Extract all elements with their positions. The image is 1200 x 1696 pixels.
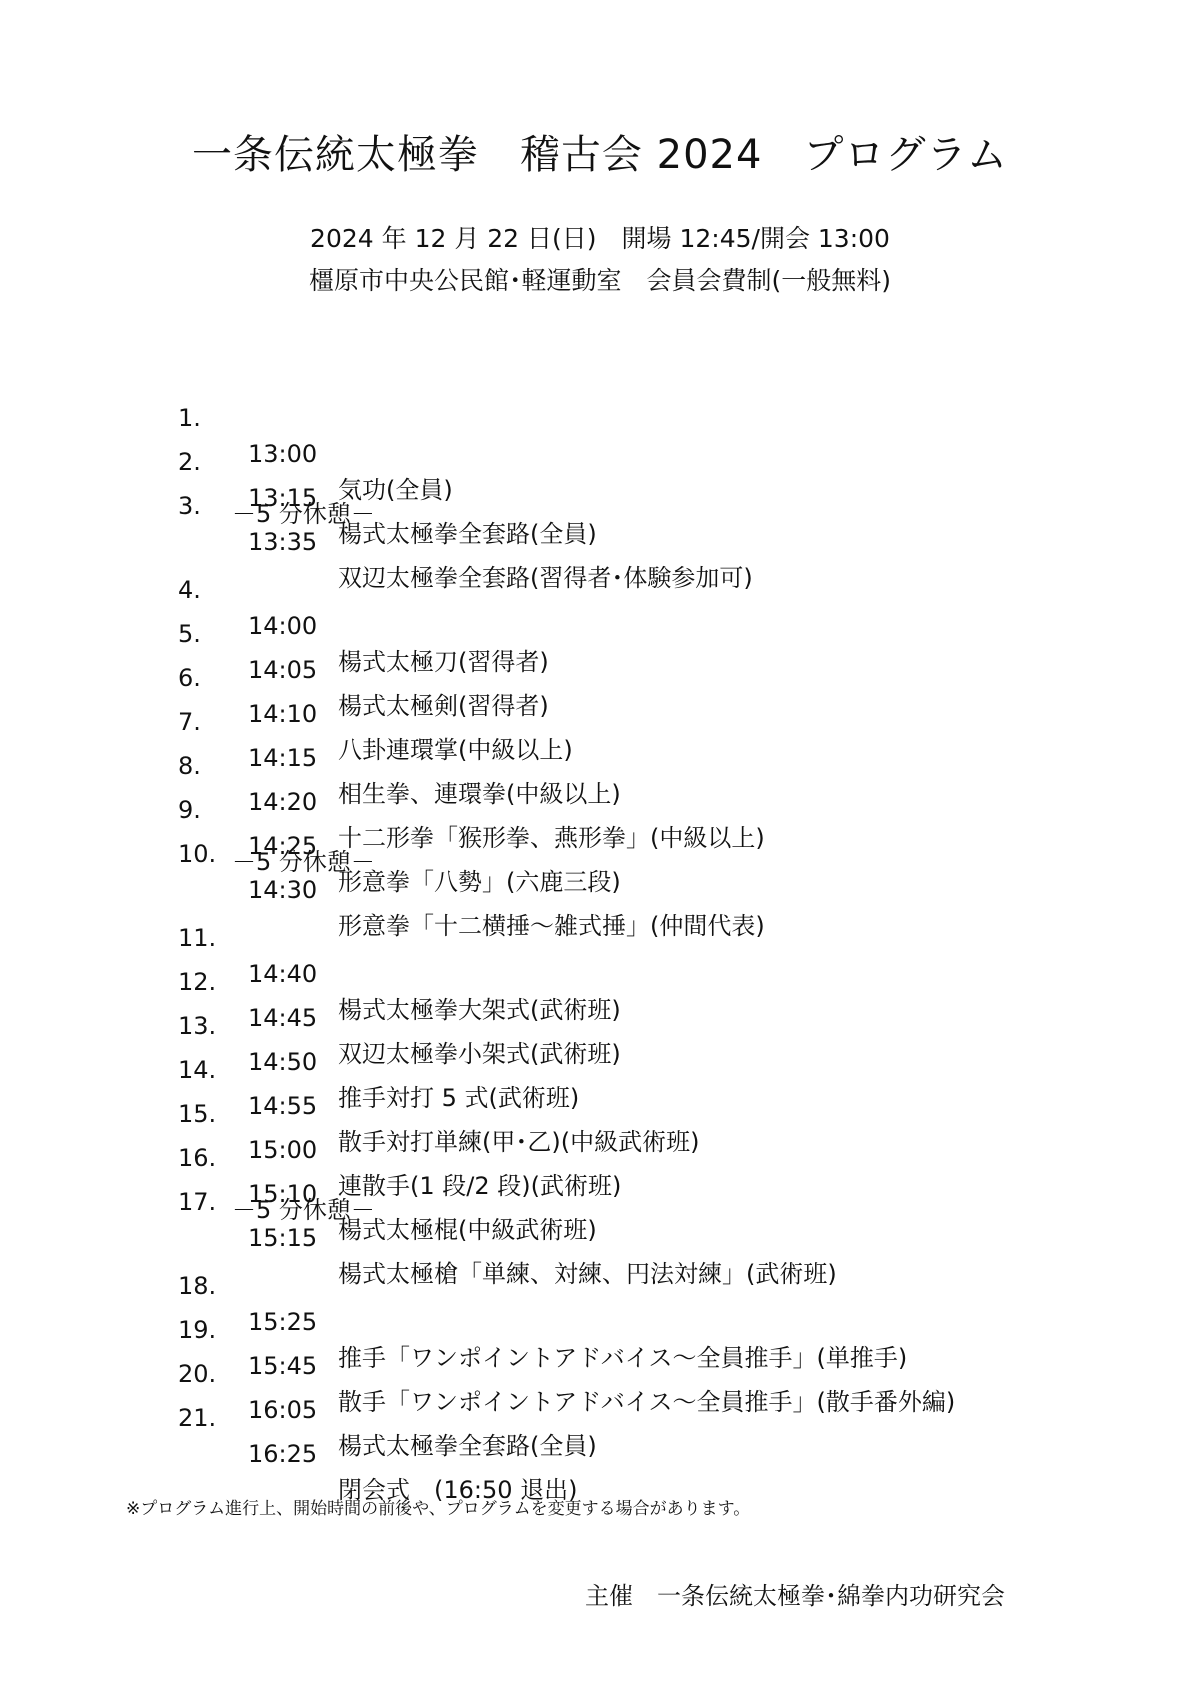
item-description: 散手「ワンポイントアドバイス～全員推手」(散手番外編) (338, 1384, 955, 1420)
item-description: 楊式太極剣(習得者) (338, 688, 549, 724)
item-time: 14:05 (248, 652, 328, 688)
item-time: 16:05 (248, 1392, 328, 1428)
event-date-time: 2024 年 12 月 22 日(日) 開場 12:45/開会 13:00 (0, 222, 1200, 256)
item-time: 16:25 (248, 1436, 328, 1472)
item-number: 20. (178, 1356, 238, 1392)
item-number: 19. (178, 1312, 238, 1348)
item-time: 14:00 (248, 608, 328, 644)
program-item: 21. 16:25 閉会式 (16:50 退出) (0, 1364, 46, 1400)
organizer-credit: 主催 一条伝統太極拳･綿拳内功研究会 (585, 1578, 1005, 1614)
program-item: 5. 14:05 楊式太極剣(習得者) (0, 580, 46, 616)
item-description: 楊式太極拳全套路(全員) (338, 1428, 597, 1464)
item-time: 14:15 (248, 740, 328, 776)
program-item: 11. 14:40 楊式太極拳大架式(武術班) (0, 884, 46, 920)
item-time: 15:00 (248, 1132, 328, 1168)
item-number: 6. (178, 660, 238, 696)
page-title: 一条伝統太極拳 稽古会 2024 プログラム (0, 128, 1200, 182)
item-description: 楊式太極拳大架式(武術班) (338, 992, 621, 1028)
item-description: 楊式太極拳全套路(全員) (338, 516, 597, 552)
item-description: 推手「ワンポイントアドバイス～全員推手」(単推手) (338, 1340, 907, 1376)
item-number: 11. (178, 920, 238, 956)
item-number: 8. (178, 748, 238, 784)
item-description: 推手対打 5 式(武術班) (338, 1080, 579, 1116)
program-item: 2. 13:15 楊式太極拳全套路(全員) (0, 408, 46, 444)
program-item: 12. 14:45 双辺太極拳小架式(武術班) (0, 928, 46, 964)
item-time: 14:45 (248, 1000, 328, 1036)
item-time: 14:10 (248, 696, 328, 732)
item-description: 相生拳、連環拳(中級以上) (338, 776, 621, 812)
item-number: 16. (178, 1140, 238, 1176)
item-number: 1. (178, 400, 238, 436)
program-item: 18. 15:25 推手「ワンポイントアドバイス～全員推手」(単推手) (0, 1232, 46, 1268)
item-description: 形意拳「八勢」(六鹿三段) (338, 864, 621, 900)
program-item: 20. 16:05 楊式太極拳全套路(全員) (0, 1320, 46, 1356)
item-number: 21. (178, 1400, 238, 1436)
item-description: 十二形拳「猴形拳、燕形拳」(中級以上) (338, 820, 765, 856)
item-number: 12. (178, 964, 238, 1000)
item-description: 八卦連環掌(中級以上) (338, 732, 573, 768)
program-item: 15. 15:00 連散手(1 段/2 段)(武術班) (0, 1060, 46, 1096)
item-description: 連散手(1 段/2 段)(武術班) (338, 1168, 621, 1204)
program-item: 13. 14:50 推手対打 5 式(武術班) (0, 972, 46, 1008)
item-number: 10. (178, 836, 238, 872)
program-item: 3. 13:35 双辺太極拳全套路(習得者･体験参加可) (0, 452, 46, 488)
program-item: 16. 15:10 楊式太極棍(中級武術班) (0, 1104, 46, 1140)
item-number: 3. (178, 488, 238, 524)
item-number: 14. (178, 1052, 238, 1088)
item-number: 7. (178, 704, 238, 740)
program-item: 7. 14:15 相生拳、連環拳(中級以上) (0, 668, 46, 704)
item-number: 4. (178, 572, 238, 608)
program-item: 10. 14:30 形意拳「十二横捶～雑式捶」(仲間代表) (0, 800, 46, 836)
break-separator: －5 分休憩－ (232, 1192, 375, 1228)
program-item: 14. 14:55 散手対打単練(甲･乙)(中級武術班) (0, 1016, 46, 1052)
item-time: 15:45 (248, 1348, 328, 1384)
item-description: 楊式太極棍(中級武術班) (338, 1212, 597, 1248)
event-venue-fee: 橿原市中央公民館･軽運動室 会員会費制(一般無料) (0, 264, 1200, 298)
item-time: 13:00 (248, 436, 328, 472)
item-description: 楊式太極槍「単練、対練、円法対練」(武術班) (338, 1256, 837, 1292)
change-notice: ※プログラム進行上、開始時間の前後や、プログラムを変更する場合があります。 (126, 1497, 750, 1521)
item-description: 双辺太極拳小架式(武術班) (338, 1036, 621, 1072)
item-description: 双辺太極拳全套路(習得者･体験参加可) (338, 560, 753, 596)
item-description: 形意拳「十二横捶～雑式捶」(仲間代表) (338, 908, 765, 944)
item-time: 14:20 (248, 784, 328, 820)
program-item: 17. 15:15 楊式太極槍「単練、対練、円法対練」(武術班) (0, 1148, 46, 1184)
program-item: 6. 14:10 八卦連環掌(中級以上) (0, 624, 46, 660)
item-time: 15:25 (248, 1304, 328, 1340)
item-number: 15. (178, 1096, 238, 1132)
item-time: 14:50 (248, 1044, 328, 1080)
break-separator: －5 分休憩－ (232, 496, 375, 532)
item-number: 18. (178, 1268, 238, 1304)
item-description: 楊式太極刀(習得者) (338, 644, 549, 680)
item-time: 14:40 (248, 956, 328, 992)
item-number: 5. (178, 616, 238, 652)
program-item: 1. 13:00 気功(全員) (0, 364, 46, 400)
item-time: 14:55 (248, 1088, 328, 1124)
item-number: 13. (178, 1008, 238, 1044)
program-item: 9. 14:25 形意拳「八勢」(六鹿三段) (0, 756, 46, 792)
item-number: 9. (178, 792, 238, 828)
program-item: 19. 15:45 散手「ワンポイントアドバイス～全員推手」(散手番外編) (0, 1276, 46, 1312)
program-item: 4. 14:00 楊式太極刀(習得者) (0, 536, 46, 572)
item-description: 散手対打単練(甲･乙)(中級武術班) (338, 1124, 699, 1160)
item-number: 2. (178, 444, 238, 480)
program-item: 8. 14:20 十二形拳「猴形拳、燕形拳」(中級以上) (0, 712, 46, 748)
break-separator: －5 分休憩－ (232, 844, 375, 880)
item-number: 17. (178, 1184, 238, 1220)
